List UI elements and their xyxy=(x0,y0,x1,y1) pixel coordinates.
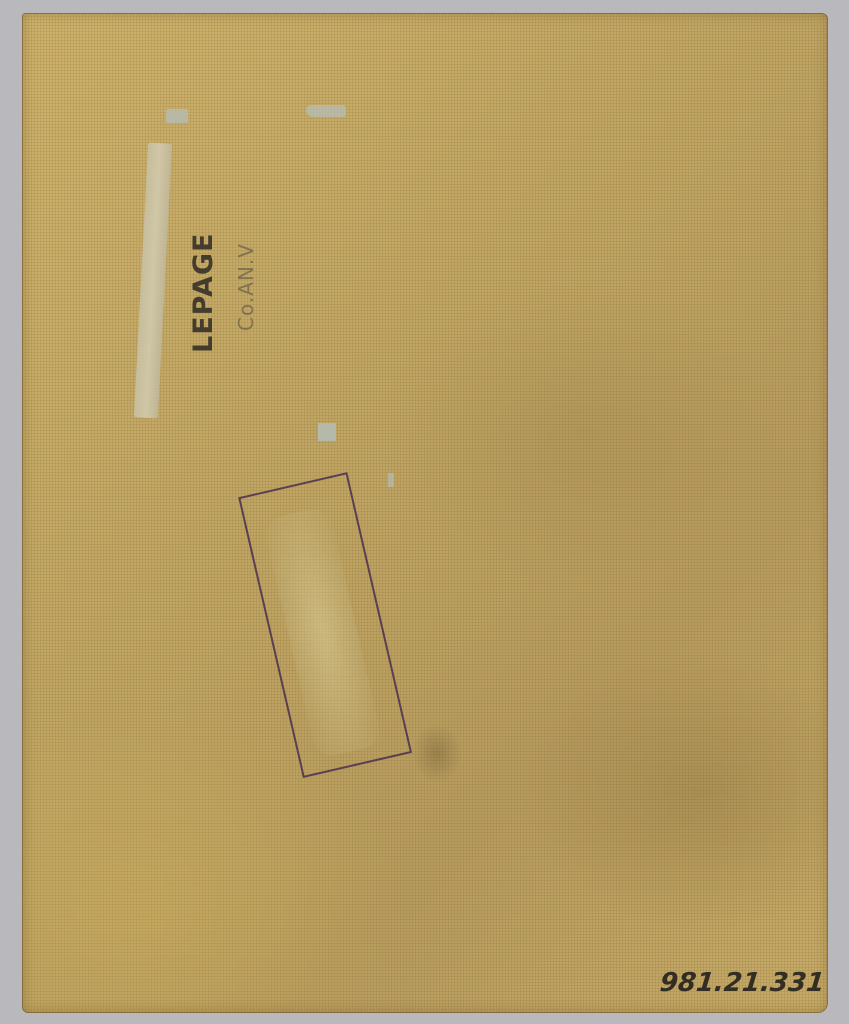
stamp-main-text: LEPAGE xyxy=(188,233,219,353)
tape-residue-top-right xyxy=(306,105,346,117)
removed-label-outline xyxy=(238,472,412,778)
stamp-sub-text: Co.AN.V xyxy=(234,243,258,331)
tape-residue-strip xyxy=(134,143,172,419)
canvas-back: LEPAGE Co.AN.V 981.21.331 xyxy=(22,13,828,1013)
inventory-number: 981.21.331 xyxy=(658,968,826,998)
stain xyxy=(412,723,462,783)
tape-residue-small xyxy=(388,473,394,487)
tape-residue-square xyxy=(318,423,336,441)
supplier-stamp: LEPAGE Co.AN.V xyxy=(188,193,278,363)
label-residue xyxy=(262,505,383,759)
tape-residue-top xyxy=(166,109,188,123)
